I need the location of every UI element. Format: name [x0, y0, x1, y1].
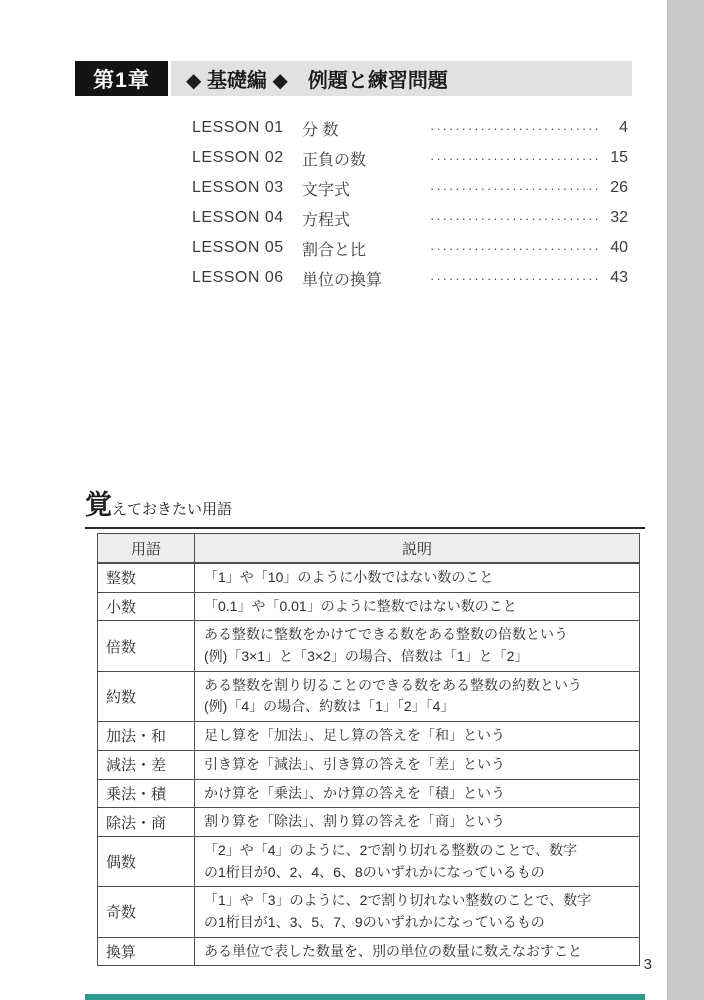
- toc-page-number: 15: [598, 149, 628, 167]
- glossary-term: 除法・商: [98, 808, 195, 837]
- toc-lesson-title: 分 数: [302, 117, 430, 140]
- toc-lesson-title: 割合と比: [302, 237, 430, 260]
- glossary-col-desc: 説明: [195, 534, 640, 564]
- glossary-term: 奇数: [98, 887, 195, 937]
- toc-entry: LESSON 04 方程式 ··························…: [192, 203, 628, 233]
- toc-dot-leader: ····························: [430, 181, 598, 196]
- toc-page-number: 43: [598, 269, 628, 287]
- glossary-row: 整数 「1」や「10」のように小数ではない数のこと: [98, 563, 640, 592]
- glossary-col-term: 用語: [98, 534, 195, 564]
- glossary-description: 「1」や「10」のように小数ではない数のこと: [195, 563, 640, 592]
- toc-page-number: 4: [598, 119, 628, 137]
- glossary-term: 乗法・積: [98, 779, 195, 808]
- glossary-heading: 覚えておきたい用語: [85, 483, 645, 529]
- chapter-badge: 第1章: [75, 61, 168, 96]
- glossary-row: 乗法・積 かけ算を「乗法」、かけ算の答えを「積」という: [98, 779, 640, 808]
- table-of-contents: LESSON 01 分 数 ··························…: [192, 113, 628, 293]
- glossary-description: 「2」や「4」のように、2で割り切れる整数のことで、数字 の1桁目が0、2、4、…: [195, 836, 640, 886]
- toc-dot-leader: ····························: [430, 271, 598, 286]
- toc-dot-leader: ····························: [430, 241, 598, 256]
- glossary-term: 減法・差: [98, 750, 195, 779]
- glossary-heading-rest: えておきたい用語: [112, 501, 232, 518]
- glossary-row: 奇数 「1」や「3」のように、2で割り切れない整数のことで、数字 の1桁目が1、…: [98, 887, 640, 937]
- toc-lesson-number: LESSON 05: [192, 239, 302, 257]
- toc-entry: LESSON 01 分 数 ··························…: [192, 113, 628, 143]
- toc-lesson-number: LESSON 06: [192, 269, 302, 287]
- glossary-description: 「1」や「3」のように、2で割り切れない整数のことで、数字 の1桁目が1、3、5…: [195, 887, 640, 937]
- glossary-row: 小数 「0.1」や「0.01」のように整数ではない数のこと: [98, 592, 640, 621]
- glossary-term: 約数: [98, 671, 195, 721]
- glossary-term: 換算: [98, 937, 195, 966]
- toc-dot-leader: ····························: [430, 211, 598, 226]
- glossary-row: 約数 ある整数を割り切ることのできる数をある整数の約数という (例)「4」の場合…: [98, 671, 640, 721]
- toc-entry: LESSON 03 文字式 ··························…: [192, 173, 628, 203]
- glossary-term: 偶数: [98, 836, 195, 886]
- glossary-row: 換算 ある単位で表した数量を、別の単位の数量に数えなおすこと: [98, 937, 640, 966]
- toc-dot-leader: ····························: [430, 151, 598, 166]
- glossary-row: 偶数 「2」や「4」のように、2で割り切れる整数のことで、数字 の1桁目が0、2…: [98, 836, 640, 886]
- toc-lesson-title: 正負の数: [302, 147, 430, 170]
- glossary-term: 倍数: [98, 621, 195, 671]
- glossary-heading-first-char: 覚: [85, 490, 112, 520]
- chapter-title-bar: ◆ 基礎編 ◆ 例題と練習問題: [171, 61, 632, 96]
- toc-page-number: 32: [598, 209, 628, 227]
- glossary-description: 引き算を「減法」、引き算の答えを「差」という: [195, 750, 640, 779]
- glossary-term: 小数: [98, 592, 195, 621]
- glossary-row: 除法・商 割り算を「除法」、割り算の答えを「商」という: [98, 808, 640, 837]
- toc-lesson-title: 方程式: [302, 207, 430, 230]
- toc-entry: LESSON 02 正負の数 ·························…: [192, 143, 628, 173]
- toc-page-number: 26: [598, 179, 628, 197]
- series-label: ◆ 基礎編 ◆: [186, 64, 288, 93]
- glossary-term: 整数: [98, 563, 195, 592]
- page-edge-shadow: [667, 0, 704, 1000]
- toc-lesson-number: LESSON 01: [192, 119, 302, 137]
- glossary-row: 減法・差 引き算を「減法」、引き算の答えを「差」という: [98, 750, 640, 779]
- glossary-description: ある整数を割り切ることのできる数をある整数の約数という (例)「4」の場合、約数…: [195, 671, 640, 721]
- toc-dot-leader: ····························: [430, 121, 598, 136]
- glossary-description: 割り算を「除法」、割り算の答えを「商」という: [195, 808, 640, 837]
- glossary-table: 用語 説明 整数 「1」や「10」のように小数ではない数のこと 小数 「0.1」…: [97, 533, 640, 966]
- chapter-header: 第1章 ◆ 基礎編 ◆ 例題と練習問題: [75, 61, 632, 96]
- toc-page-number: 40: [598, 239, 628, 257]
- footer-accent-bar: [85, 994, 645, 1000]
- toc-lesson-number: LESSON 04: [192, 209, 302, 227]
- toc-entry: LESSON 05 割合と比 ·························…: [192, 233, 628, 263]
- glossary-row: 倍数 ある整数に整数をかけてできる数をある整数の倍数という (例)「3×1」と「…: [98, 621, 640, 671]
- glossary-description: ある整数に整数をかけてできる数をある整数の倍数という (例)「3×1」と「3×2…: [195, 621, 640, 671]
- glossary-row: 加法・和 足し算を「加法」、足し算の答えを「和」という: [98, 722, 640, 751]
- toc-lesson-title: 単位の換算: [302, 267, 430, 290]
- glossary-description: 「0.1」や「0.01」のように整数ではない数のこと: [195, 592, 640, 621]
- glossary-header-row: 用語 説明: [98, 534, 640, 564]
- glossary-description: ある単位で表した数量を、別の単位の数量に数えなおすこと: [195, 937, 640, 966]
- chapter-title: 例題と練習問題: [308, 64, 448, 93]
- toc-lesson-title: 文字式: [302, 177, 430, 200]
- toc-entry: LESSON 06 単位の換算 ························…: [192, 263, 628, 293]
- page-number: 3: [600, 956, 652, 973]
- glossary-description: かけ算を「乗法」、かけ算の答えを「積」という: [195, 779, 640, 808]
- toc-lesson-number: LESSON 02: [192, 149, 302, 167]
- glossary-description: 足し算を「加法」、足し算の答えを「和」という: [195, 722, 640, 751]
- glossary-term: 加法・和: [98, 722, 195, 751]
- toc-lesson-number: LESSON 03: [192, 179, 302, 197]
